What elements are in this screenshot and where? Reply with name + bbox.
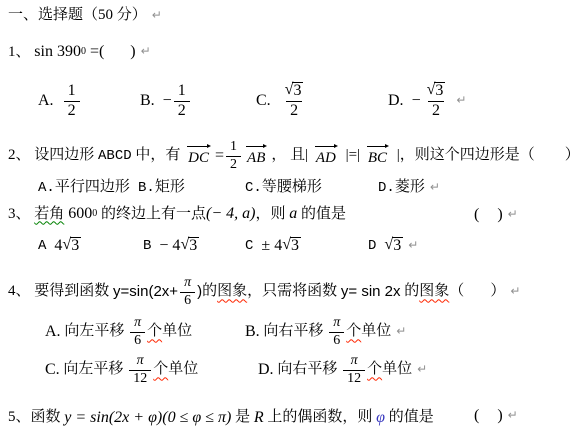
vector-ab: AB xyxy=(245,144,269,167)
vector-ad-letters: AD xyxy=(316,150,336,166)
q2-option-a-text: 平行四边形 xyxy=(55,179,130,196)
q3-number: 3、 xyxy=(8,206,34,223)
fraction-denominator: 2 xyxy=(286,101,302,120)
paragraph-mark: ↵ xyxy=(456,94,466,108)
q3-text-4: 的值是 xyxy=(297,206,346,223)
q2-text-4: |=| xyxy=(342,147,364,164)
q2-equals: = xyxy=(215,147,224,165)
fraction: 12 xyxy=(64,83,80,120)
q2-close-paren: ） xyxy=(565,147,577,164)
q4-misspelled-word-1: 图象 xyxy=(217,283,247,300)
q4-number: 4、 xyxy=(8,283,34,300)
section-header: 一、选择题（50 分） ↵ xyxy=(8,7,162,24)
vector-arrow-icon xyxy=(246,146,265,147)
q4-option-a: A. 向左平移 π6 个单位 xyxy=(45,313,192,351)
q4-option-b-unit: 单位 xyxy=(361,323,391,340)
fraction-denominator: 2 xyxy=(174,101,190,120)
q4-option-c: C. 向左平移 π12 个单位 xyxy=(45,351,198,389)
paragraph-mark: ↵ xyxy=(408,239,418,253)
fraction-denominator: 6 xyxy=(130,332,145,349)
fraction-numerator: 1 xyxy=(174,83,190,101)
q4-close-paren: ） xyxy=(490,283,505,300)
q2-option-b-label: B. xyxy=(138,180,155,196)
q2-number: 2、 xyxy=(8,147,34,164)
question-4-stem: 4、 要得到函数 y=sin(2x+ π6 ) 的 图象 ，只需将函数 y= s… xyxy=(8,272,520,312)
q4-open-paren: （ xyxy=(449,283,464,300)
q4-option-d-unit-flagged: 个 xyxy=(367,361,382,378)
q1-option-b: B. − 12 xyxy=(140,82,192,120)
q4-option-a-dir: 向左平移 xyxy=(61,323,129,340)
exam-document: 一、选择题（50 分） ↵ 1、 sin 3900 =( ) ↵ A. 12 B… xyxy=(0,0,577,446)
pi-fraction: π12 xyxy=(129,354,151,386)
q4-option-b: B. 向右平移 π6 个单位 ↵ xyxy=(245,313,406,351)
vector-arrow-icon xyxy=(315,146,336,147)
q1-expression: sin 390 xyxy=(34,43,81,61)
q1-number: 1、 xyxy=(8,44,34,61)
q3-var-a: a xyxy=(289,205,297,223)
q4-option-d-unit: 单位 xyxy=(382,361,412,378)
q4-formula-1: y=sin(2x+ xyxy=(113,283,178,300)
fraction-denominator: 6 xyxy=(180,292,195,309)
q4-option-b-label: B. xyxy=(245,323,260,341)
radicand: 3 xyxy=(188,237,199,255)
q2-option-b: B.矩形 xyxy=(138,179,185,196)
vector-bc-letters: BC xyxy=(368,150,387,166)
q4-option-a-unit-flagged: 个 xyxy=(147,323,162,340)
radical: √3 xyxy=(180,237,199,255)
q3-option-c-coef: ± 4 xyxy=(261,237,282,255)
q3-text-2: 的终边上有一点 xyxy=(97,206,206,223)
q4-text-4: 的 xyxy=(401,283,420,300)
q3-text-3: ，则 xyxy=(256,206,290,223)
q5-number: 5、 xyxy=(8,409,31,426)
q4-option-c-unit: 单位 xyxy=(168,361,198,378)
q3-close-paren: ) xyxy=(497,206,502,224)
fraction-denominator: 6 xyxy=(329,332,344,349)
question-5-stem: 5、 函数 y = sin(2x + φ)(0 ≤ φ ≤ π) 是 R 上的偶… xyxy=(8,404,434,432)
paragraph-mark: ↵ xyxy=(508,208,518,222)
fraction-denominator: 2 xyxy=(428,101,444,120)
radical: √3 xyxy=(384,237,403,255)
q4-option-d: D. 向右平移 π12 个单位 ↵ xyxy=(258,351,427,389)
q1-option-c: C. √3 2 xyxy=(256,82,309,120)
q2-option-c-label: C. xyxy=(245,180,262,196)
radicand: 3 xyxy=(434,82,445,100)
q1-equals-paren: =( xyxy=(86,43,104,61)
q3-point-open: (− 4, xyxy=(206,205,242,223)
q3-angle: 600 xyxy=(64,205,92,223)
fraction-denominator: 2 xyxy=(226,156,241,173)
q3-option-c-label: C xyxy=(245,238,253,254)
q4-option-a-unit: 单位 xyxy=(162,323,192,340)
vector-bc: BC xyxy=(366,144,391,167)
q5-text-1: 函数 xyxy=(31,409,65,426)
q2-option-d-label: D. xyxy=(378,180,395,196)
q4-option-d-label: D. xyxy=(258,361,274,379)
vector-dc-letters: DC xyxy=(188,150,209,166)
fraction-numerator-pi: π xyxy=(180,276,195,292)
fraction-denominator: 12 xyxy=(343,370,365,387)
fraction-numerator: 1 xyxy=(64,83,80,101)
q5-text-2: 是 xyxy=(231,409,254,426)
radical: √3 xyxy=(285,82,304,100)
q3-grammar-flagged-text: 若角 xyxy=(34,206,64,223)
q3-option-c: C ± 4 √3 xyxy=(245,233,301,259)
fraction: 12 xyxy=(226,140,241,172)
q5-formula: y = sin(2x + φ)(0 ≤ φ ≤ π) xyxy=(64,409,231,427)
radicand: 3 xyxy=(292,82,303,100)
q2-text-2: 中，有 xyxy=(132,147,185,164)
q1-option-c-label: C. xyxy=(256,92,271,110)
q1-close-paren: ) xyxy=(130,43,135,61)
q4-text-2: 的 xyxy=(202,283,217,300)
q2-option-a-label: A. xyxy=(38,180,55,196)
q3-option-a-coef: 4 xyxy=(54,237,62,255)
radicand: 3 xyxy=(290,237,301,255)
paragraph-mark: ↵ xyxy=(152,9,162,23)
q5-phi-var: φ xyxy=(376,409,385,427)
vector-arrow-icon xyxy=(367,146,387,147)
q5-text-4: 的值是 xyxy=(385,409,434,426)
q3-option-b-coef: − 4 xyxy=(159,237,180,255)
radical: √3 xyxy=(62,237,81,255)
q2-text-5: |，则这个四边形是（ xyxy=(393,147,535,164)
pi-fraction: π12 xyxy=(343,354,365,386)
fraction-numerator-pi: π xyxy=(130,316,145,332)
radical: √3 xyxy=(282,237,301,255)
q4-option-c-unit-flagged: 个 xyxy=(153,361,168,378)
paragraph-mark: ↵ xyxy=(141,45,151,59)
q1-option-a-label: A. xyxy=(38,92,54,110)
fraction-numerator-pi: π xyxy=(133,354,148,370)
question-2-stem: 2、 设四边形 ABCD 中，有 DC = 12 AB ， 且| AD |=| … xyxy=(8,136,577,176)
minus-sign: − xyxy=(412,92,421,110)
q3-option-d: D √3 ↵ xyxy=(368,233,418,259)
minus-sign: − xyxy=(163,92,172,110)
q3-option-b: B − 4 √3 xyxy=(143,233,199,259)
fraction-numerator-pi: π xyxy=(329,316,344,332)
q3-answer-parens: ( ) ↵ xyxy=(474,206,518,224)
q4-text-1: 要得到函数 xyxy=(34,283,113,300)
paragraph-mark: ↵ xyxy=(417,363,427,377)
fraction-denominator: 12 xyxy=(129,370,151,387)
fraction-denominator: 2 xyxy=(64,101,80,120)
paragraph-mark: ↵ xyxy=(430,181,440,195)
q4-option-d-dir: 向右平移 xyxy=(274,361,342,378)
q2-option-a: A.平行四边形 xyxy=(38,179,130,196)
paragraph-mark: ↵ xyxy=(510,285,520,299)
radicand: 3 xyxy=(70,237,81,255)
radicand: 3 xyxy=(392,237,403,255)
q1-option-b-label: B. xyxy=(140,92,155,110)
q5-open-paren: ( xyxy=(474,407,479,425)
q3-option-b-label: B xyxy=(143,238,151,254)
q4-option-c-label: C. xyxy=(45,361,60,379)
vector-ab-letters: AB xyxy=(247,150,265,166)
question-3-stem: 3、 若角 6000 的终边上有一点 (− 4, a) ，则 a 的值是 xyxy=(8,205,346,223)
q3-point-var: a xyxy=(242,205,250,223)
q4-option-c-dir: 向左平移 xyxy=(60,361,128,378)
question-1-stem: 1、 sin 3900 =( ) ↵ xyxy=(8,43,151,61)
fraction-numerator-pi: π xyxy=(347,354,362,370)
q4-option-b-dir: 向右平移 xyxy=(260,323,328,340)
q2-option-d-text: 菱形 xyxy=(395,179,425,196)
q4-option-a-label: A. xyxy=(45,323,61,341)
q4-formula-2: y= sin 2x xyxy=(341,283,401,300)
pi-fraction: π6 xyxy=(130,316,145,348)
q3-option-a: A 4 √3 xyxy=(38,233,81,259)
pi-fraction: π6 xyxy=(329,316,344,348)
vector-ad: AD xyxy=(314,144,340,167)
vector-dc: DC xyxy=(186,144,213,167)
q1-option-d-label: D. xyxy=(388,92,404,110)
q2-abcd: ABCD xyxy=(98,148,132,164)
radical: √3 xyxy=(427,82,446,100)
q5-close-paren: ) xyxy=(497,407,502,425)
q2-option-c: C.等腰梯形 xyxy=(245,179,322,196)
q1-option-d: D. − √3 2 ↵ xyxy=(388,82,466,120)
q2-option-d: D.菱形 ↵ xyxy=(378,179,440,196)
section-title: 一、选择题（50 分） xyxy=(8,7,147,24)
q2-text-1: 设四边形 xyxy=(34,147,98,164)
pi-fraction: π6 xyxy=(180,276,195,308)
fraction: √3 2 xyxy=(423,82,450,120)
q4-misspelled-word-2: 图象 xyxy=(419,283,449,300)
q3-open-paren: ( xyxy=(474,206,479,224)
q2-text-3: ， 且| xyxy=(271,147,312,164)
paragraph-mark: ↵ xyxy=(508,409,518,423)
q4-option-b-unit-flagged: 个 xyxy=(346,323,361,340)
q2-option-c-text: 等腰梯形 xyxy=(262,179,322,196)
vector-arrow-icon xyxy=(187,146,209,147)
q5-answer-parens: ( ) ↵ xyxy=(474,407,518,425)
q4-text-3: ，只需将函数 xyxy=(247,283,341,300)
fraction-numerator: 1 xyxy=(226,140,241,156)
q1-option-a: A. 12 xyxy=(38,82,82,120)
fraction-numerator: √3 xyxy=(281,82,308,101)
q5-text-3: 上的偶函数，则 xyxy=(264,409,377,426)
q3-option-a-label: A xyxy=(38,238,46,254)
q3-option-d-label: D xyxy=(368,238,376,254)
q5-set-r: R xyxy=(254,409,264,427)
q2-option-b-text: 矩形 xyxy=(155,179,185,196)
fraction-numerator: √3 xyxy=(423,82,450,101)
fraction: 12 xyxy=(174,83,190,120)
fraction: √3 2 xyxy=(281,82,308,120)
paragraph-mark: ↵ xyxy=(396,325,406,339)
